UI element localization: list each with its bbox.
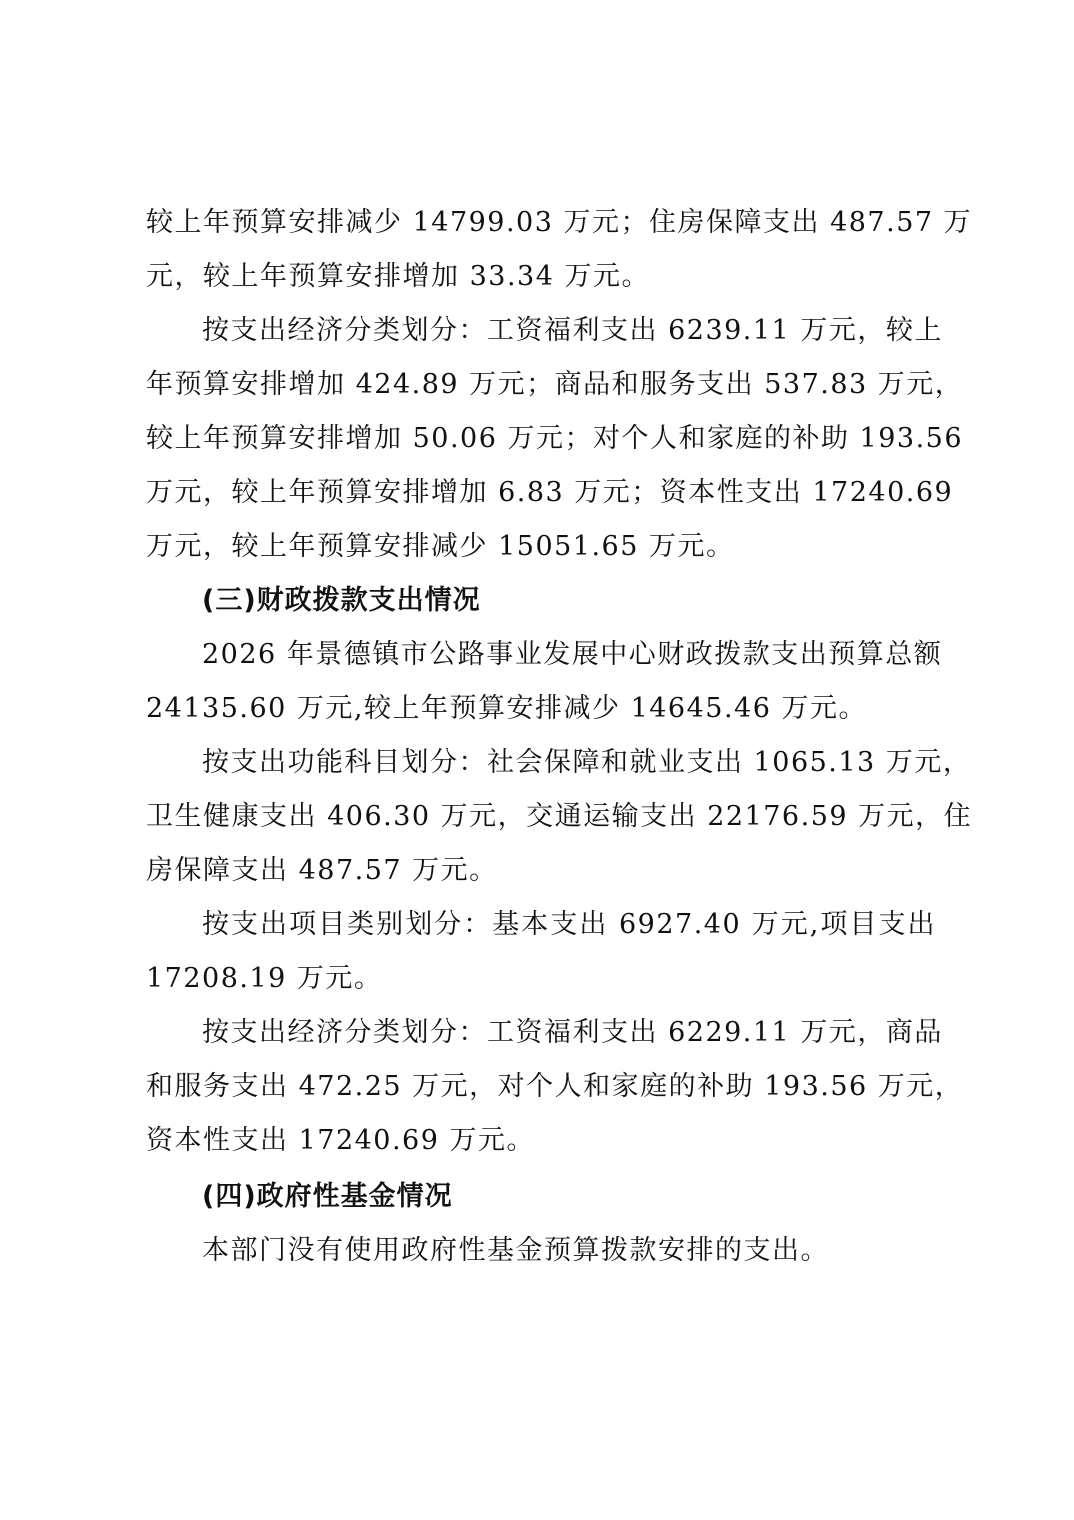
section-heading: (三)财政拨款支出情况 — [202, 584, 936, 618]
paragraph-line: 17208.19 万元。 — [146, 962, 936, 996]
paragraph-line: 万元，较上年预算安排减少 15051.65 万元。 — [146, 530, 936, 564]
paragraph-line: 房保障支出 487.57 万元。 — [146, 854, 936, 888]
paragraph-line: 万元，较上年预算安排增加 6.83 万元；资本性支出 17240.69 — [146, 476, 936, 510]
section-heading: (四)政府性基金情况 — [202, 1180, 936, 1214]
paragraph-line: 按支出经济分类划分：工资福利支出 6229.11 万元，商品 — [202, 1016, 936, 1050]
paragraph-line: 本部门没有使用政府性基金预算拨款安排的支出。 — [202, 1234, 936, 1268]
document-page: 较上年预算安排减少 14799.03 万元；住房保障支出 487.57 万 元，… — [0, 0, 1074, 1520]
paragraph-line: 较上年预算安排增加 50.06 万元；对个人和家庭的补助 193.56 — [146, 422, 936, 456]
paragraph-line: 和服务支出 472.25 万元，对个人和家庭的补助 193.56 万元， — [146, 1070, 936, 1104]
paragraph-line: 资本性支出 17240.69 万元。 — [146, 1124, 936, 1158]
paragraph-line: 按支出功能科目划分：社会保障和就业支出 1065.13 万元， — [202, 746, 936, 780]
paragraph-line: 元，较上年预算安排增加 33.34 万元。 — [146, 260, 936, 294]
paragraph-line: 2026 年景德镇市公路事业发展中心财政拨款支出预算总额 — [202, 638, 936, 672]
paragraph-line: 卫生健康支出 406.30 万元，交通运输支出 22176.59 万元，住 — [146, 800, 936, 834]
paragraph-line: 年预算安排增加 424.89 万元；商品和服务支出 537.83 万元， — [146, 368, 936, 402]
paragraph-line: 较上年预算安排减少 14799.03 万元；住房保障支出 487.57 万 — [146, 206, 936, 240]
paragraph-line: 按支出项目类别划分：基本支出 6927.40 万元,项目支出 — [202, 908, 936, 942]
paragraph-line: 24135.60 万元,较上年预算安排减少 14645.46 万元。 — [146, 692, 936, 726]
paragraph-line: 按支出经济分类划分：工资福利支出 6239.11 万元，较上 — [202, 314, 936, 348]
